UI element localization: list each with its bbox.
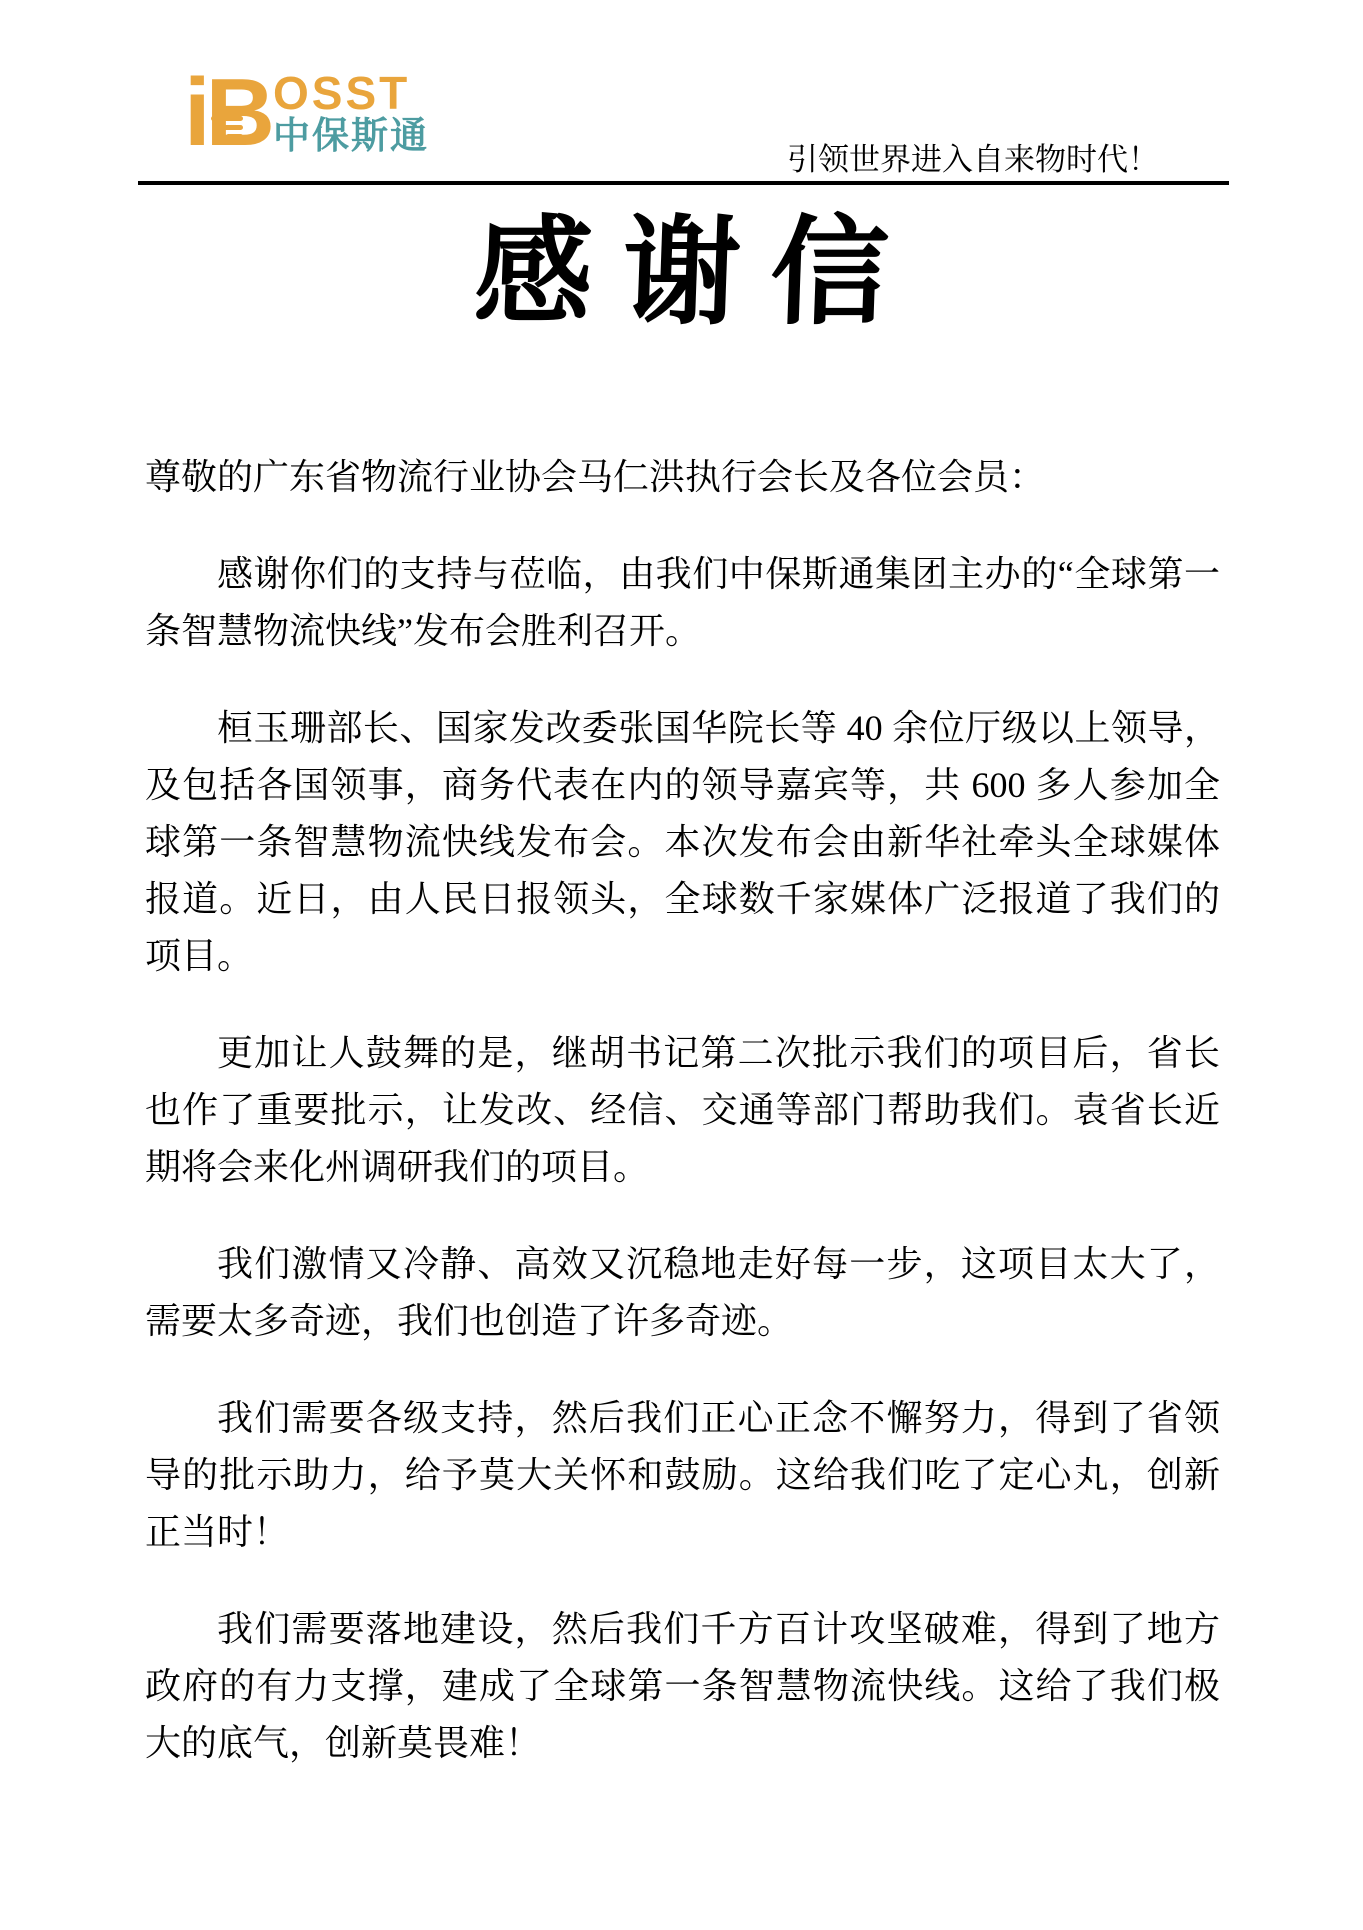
letter-page: iB OSST 中保斯通 引领世界进入自来物时代！ 感谢信 尊敬的广东省物流行业… [0, 0, 1363, 1930]
header: iB OSST 中保斯通 引领世界进入自来物时代！ [138, 0, 1229, 185]
paragraph-2: 桓玉珊部长、国家发改委张国华院长等 40 余位厅级以上领导，及包括各国领事，商务… [145, 700, 1220, 985]
company-logo: iB OSST 中保斯通 [184, 70, 429, 158]
paragraph-6: 我们需要落地建设，然后我们千方百计攻坚破难，得到了地方政府的有力支撑，建成了全球… [145, 1601, 1220, 1772]
logo-osst-text: OSST [273, 70, 429, 116]
logo-wing-icon [211, 116, 243, 139]
letter-body: 尊敬的广东省物流行业协会马仁洪执行会长及各位会员： 感谢你们的支持与莅临，由我们… [145, 449, 1220, 1772]
salutation: 尊敬的广东省物流行业协会马仁洪执行会长及各位会员： [145, 449, 1220, 506]
letter-title: 感谢信 [0, 199, 1363, 349]
logo-wordmark: OSST 中保斯通 [273, 70, 429, 158]
logo-chinese-name: 中保斯通 [273, 116, 429, 158]
paragraph-4: 我们激情又冷静、高效又沉稳地走好每一步，这项目太大了，需要太多奇迹，我们也创造了… [145, 1236, 1220, 1350]
paragraph-5: 我们需要各级支持，然后我们正心正念不懈努力，得到了省领导的批示助力，给予莫大关怀… [145, 1390, 1220, 1561]
logo-ib-mark: iB [184, 70, 270, 156]
paragraph-1: 感谢你们的支持与莅临，由我们中保斯通集团主办的“全球第一条智慧物流快线”发布会胜… [145, 546, 1220, 660]
paragraph-3: 更加让人鼓舞的是，继胡书记第二次批示我们的项目后，省长也作了重要批示，让发改、经… [145, 1025, 1220, 1196]
header-tagline: 引领世界进入自来物时代！ [787, 143, 1159, 177]
logo-ib-text: iB [184, 59, 270, 166]
